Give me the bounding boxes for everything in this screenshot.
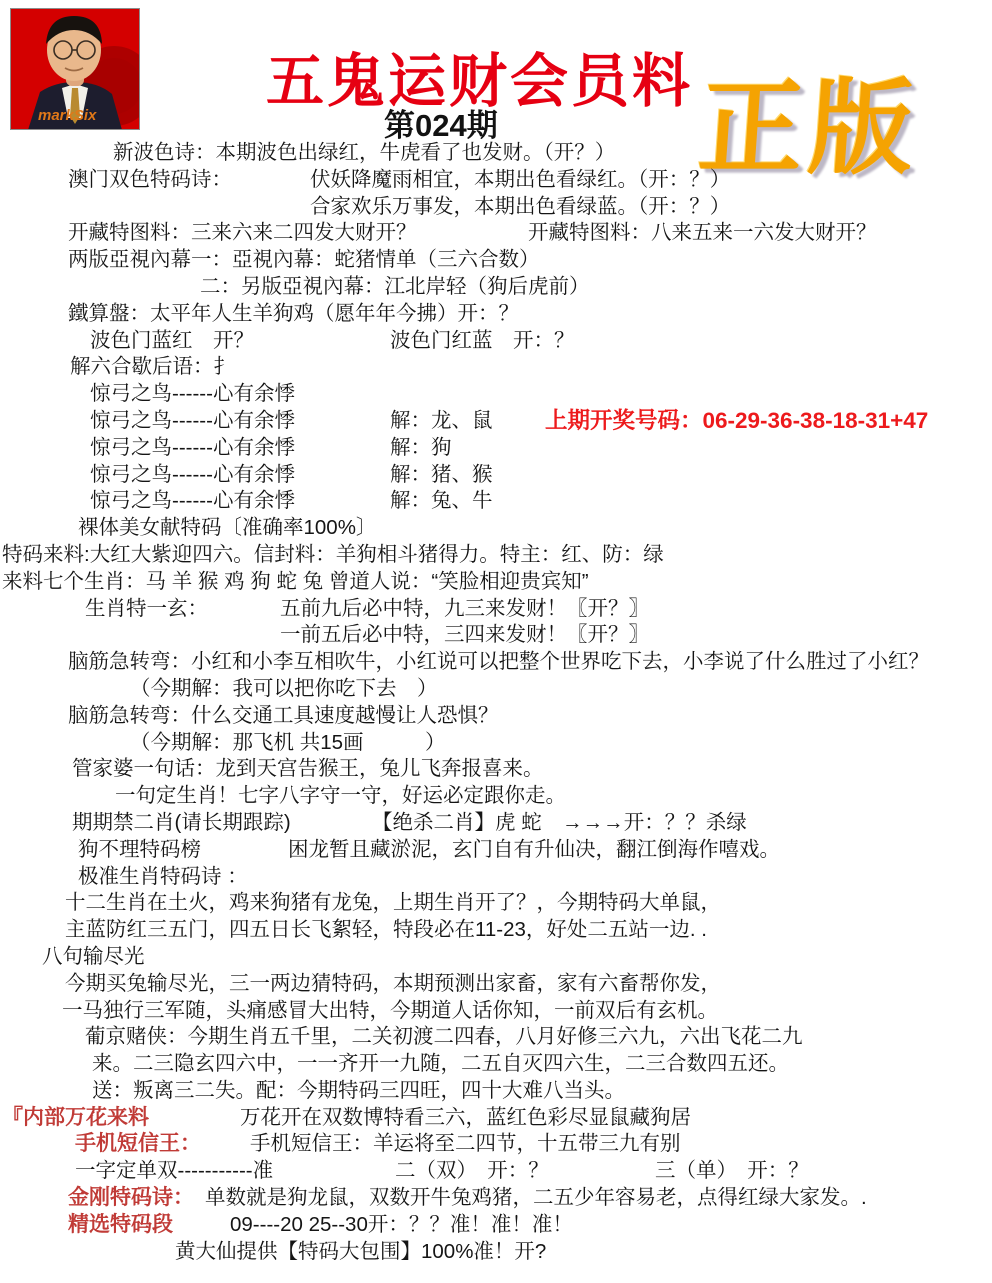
text-segment: 一马独行三军随，头痛感冒大出特，今期道人话你知，一前双后有玄机。 bbox=[62, 998, 718, 1025]
text-segment: 八句输尽光 bbox=[42, 944, 145, 971]
text-line: 一前五后必中特，三四来发财！〖开？〗 bbox=[0, 622, 992, 649]
text-segment: 来料七个生肖：马 羊 猴 鸡 狗 蛇 兔 曾道人说：“笑脸相迎贵宾知” bbox=[2, 569, 589, 596]
text-line: 送：叛离三二失。配：今期特码三四旺，四十大难八当头。 bbox=[0, 1078, 992, 1105]
text-line: 八句输尽光 bbox=[0, 944, 992, 971]
text-segment: 一前五后必中特，三四来发财！〖开？〗 bbox=[280, 622, 649, 649]
text-line: 生肖特一玄：五前九后必中特，九三来发财！〖开？〗 bbox=[0, 596, 992, 623]
text-line: 合家欢乐万事发，本期出色看绿蓝。（开：？） bbox=[0, 194, 992, 221]
text-segment: （今期解：我可以把你吃下去 ） bbox=[130, 676, 438, 703]
text-line: 波色门蓝红 开？波色门红蓝 开：？ bbox=[0, 328, 992, 355]
text-segment: 生肖特一玄： bbox=[85, 596, 208, 623]
text-line: 惊弓之鸟------心有余悸解：猪、猴 bbox=[0, 462, 992, 489]
text-segment: 脑筋急转弯：小红和小李互相吹牛，小红说可以把整个世界吃下去，小李说了什么胜过了小… bbox=[68, 649, 929, 676]
text-line: 惊弓之鸟------心有余悸 bbox=[0, 381, 992, 408]
text-line: 一字定单双-----------准二（双） 开：？三（单） 开：？ bbox=[0, 1158, 992, 1185]
text-segment: 单数就是狗龙鼠，双数开牛兔鸡猪，二五少年容易老，点得红绿大家发。. bbox=[205, 1185, 867, 1212]
portrait-photo: markSix bbox=[10, 8, 140, 130]
text-segment: 管家婆一句话：龙到天宫告猴王，兔儿飞奔报喜来。 bbox=[72, 756, 544, 783]
text-segment: 波色门蓝红 开？ bbox=[90, 328, 254, 355]
page: markSix 五鬼运财会员料 第024期 正版 新波色诗：本期波色出绿红，牛虎… bbox=[0, 0, 992, 1283]
text-segment: 合家欢乐万事发，本期出色看绿蓝。（开：？） bbox=[310, 194, 730, 221]
text-segment: 伏妖降魔雨相宜，本期出色看绿红。（开：？） bbox=[310, 167, 730, 194]
text-segment: 解：龙、鼠 bbox=[390, 408, 493, 435]
photo-caption-text: markSix bbox=[38, 107, 97, 124]
text-segment: 特码来料:大红大紫迎四六。信封料：羊狗相斗猪得力。特主：红、防：绿 bbox=[2, 542, 664, 569]
red-label: 手机短信王： bbox=[75, 1131, 201, 1158]
text-segment: 五前九后必中特，九三来发财！〖开？〗 bbox=[280, 596, 649, 623]
text-line: 金刚特码诗：单数就是狗龙鼠，双数开牛兔鸡猪，二五少年容易老，点得红绿大家发。. bbox=[0, 1185, 992, 1212]
text-segment: 惊弓之鸟------心有余悸 bbox=[90, 381, 295, 408]
text-line: （今期解：那飞机 共15画 ） bbox=[0, 730, 992, 757]
text-segment: 极准生肖特码诗 ： bbox=[78, 864, 248, 891]
text-segment: 解：狗 bbox=[390, 435, 452, 462]
text-segment: 葡京赌侠：今期生肖五千里，二关初渡二四春，八月好修三六九，六出飞花二九 bbox=[85, 1024, 803, 1051]
text-segment: 波色门红蓝 开：？ bbox=[390, 328, 575, 355]
text-segment: 两版亞視內幕一：亞視內幕：蛇猪情单（三六合数） bbox=[68, 247, 540, 274]
text-line: 一马独行三军随，头痛感冒大出特，今期道人话你知，一前双后有玄机。 bbox=[0, 998, 992, 1025]
text-segment: 二：另版亞視內幕：江北岸轻（狗后虎前） bbox=[200, 274, 590, 301]
text-segment: 惊弓之鸟------心有余悸 bbox=[90, 435, 295, 462]
text-segment: 【绝杀二肖】虎 蛇 →→→开：？？杀绿 bbox=[372, 810, 747, 837]
text-segment: 万花开在双数博特看三六，蓝红色彩尽显鼠藏狗居 bbox=[240, 1105, 691, 1132]
text-segment: 惊弓之鸟------心有余悸 bbox=[90, 462, 295, 489]
text-segment: 解六合歇后语：扌 bbox=[70, 354, 234, 381]
text-segment: （今期解：那飞机 共15画 ） bbox=[130, 730, 446, 757]
text-segment: 今期买兔输尽光，三一两边猜特码，本期预测出家畜，家有六畜帮你发， bbox=[65, 971, 721, 998]
text-line: 一句定生肖！七字八字守一守，好运必定跟你走。 bbox=[0, 783, 992, 810]
text-line: （今期解：我可以把你吃下去 ） bbox=[0, 676, 992, 703]
text-line: 『内部万花来料万花开在双数博特看三六，蓝红色彩尽显鼠藏狗居 bbox=[0, 1105, 992, 1132]
text-segment: 十二生肖在土火，鸡来狗猪有龙兔，上期生肖开了？，今期特码大单鼠， bbox=[65, 890, 721, 917]
red-label: 精选特码段 bbox=[68, 1212, 173, 1239]
text-line: 鐵算盤：太平年人生羊狗鸡（愿年年今拂）开：？ bbox=[0, 301, 992, 328]
text-segment: 来。二三隐玄四六中，一一齐开一九随，二五自灭四六生，二三合数四五还。 bbox=[92, 1051, 789, 1078]
text-line: 手机短信王：手机短信王：羊运将至二四节，十五带三九有别 bbox=[0, 1131, 992, 1158]
text-segment: 脑筋急转弯：什么交通工具速度越慢让人恐惧？ bbox=[68, 703, 499, 730]
text-line: 惊弓之鸟------心有余悸解：狗 bbox=[0, 435, 992, 462]
text-line: 来料七个生肖：马 羊 猴 鸡 狗 蛇 兔 曾道人说：“笑脸相迎贵宾知” bbox=[0, 569, 992, 596]
text-line: 今期买兔输尽光，三一两边猜特码，本期预测出家畜，家有六畜帮你发， bbox=[0, 971, 992, 998]
text-line: 特码来料:大红大紫迎四六。信封料：羊狗相斗猪得力。特主：红、防：绿 bbox=[0, 542, 992, 569]
text-line: 葡京赌侠：今期生肖五千里，二关初渡二四春，八月好修三六九，六出飞花二九 bbox=[0, 1024, 992, 1051]
red-label: 『内部万花来料 bbox=[2, 1105, 149, 1132]
text-line: 黄大仙提供【特码大包围】100%准！开? bbox=[0, 1239, 992, 1266]
text-segment: 裸体美女献特码〔准确率100%〕 bbox=[78, 515, 376, 542]
text-segment: 狗不理特码榜 bbox=[78, 837, 201, 864]
text-segment: 新波色诗：本期波色出绿红，牛虎看了也发财。（开？） bbox=[113, 140, 615, 167]
text-segment: 09----20 25--30开：？？准！准！准！ bbox=[230, 1212, 573, 1239]
text-line: 惊弓之鸟------心有余悸解：龙、鼠上期开奖号码：06-29-36-38-18… bbox=[0, 408, 992, 435]
text-line: 十二生肖在土火，鸡来狗猪有龙兔，上期生肖开了？，今期特码大单鼠， bbox=[0, 890, 992, 917]
text-segment: 惊弓之鸟------心有余悸 bbox=[90, 488, 295, 515]
text-line: 二：另版亞視內幕：江北岸轻（狗后虎前） bbox=[0, 274, 992, 301]
text-line: 脑筋急转弯：什么交通工具速度越慢让人恐惧？ bbox=[0, 703, 992, 730]
text-line: 澳门双色特码诗：伏妖降魔雨相宜，本期出色看绿红。（开：？） bbox=[0, 167, 992, 194]
red-label: 金刚特码诗： bbox=[68, 1185, 194, 1212]
content-lines: 新波色诗：本期波色出绿红，牛虎看了也发财。（开？）澳门双色特码诗：伏妖降魔雨相宜… bbox=[0, 140, 992, 1265]
text-segment: 鐵算盤：太平年人生羊狗鸡（愿年年今拂）开：？ bbox=[68, 301, 519, 328]
text-line: 新波色诗：本期波色出绿红，牛虎看了也发财。（开？） bbox=[0, 140, 992, 167]
text-line: 裸体美女献特码〔准确率100%〕 bbox=[0, 515, 992, 542]
text-line: 惊弓之鸟------心有余悸解：兔、牛 bbox=[0, 488, 992, 515]
text-line: 极准生肖特码诗 ： bbox=[0, 864, 992, 891]
text-segment: 开藏特图料：八来五来一六发大财开？ bbox=[528, 220, 877, 247]
text-line: 脑筋急转弯：小红和小李互相吹牛，小红说可以把整个世界吃下去，小李说了什么胜过了小… bbox=[0, 649, 992, 676]
text-segment: 解：猪、猴 bbox=[390, 462, 493, 489]
text-segment: 黄大仙提供【特码大包围】100%准！开? bbox=[175, 1239, 546, 1266]
text-segment: 手机短信王：羊运将至二四节，十五带三九有别 bbox=[250, 1131, 681, 1158]
text-line: 管家婆一句话：龙到天宫告猴王，兔儿飞奔报喜来。 bbox=[0, 756, 992, 783]
text-segment: 送：叛离三二失。配：今期特码三四旺，四十大难八当头。 bbox=[92, 1078, 625, 1105]
text-segment: 一句定生肖！七字八字守一守，好运必定跟你走。 bbox=[115, 783, 566, 810]
text-segment: 二（双） 开：？ bbox=[395, 1158, 549, 1185]
text-segment: 三（单） 开：？ bbox=[655, 1158, 809, 1185]
issue-number: 第024期 bbox=[384, 100, 498, 145]
text-line: 两版亞視內幕一：亞視內幕：蛇猪情单（三六合数） bbox=[0, 247, 992, 274]
text-segment: 惊弓之鸟------心有余悸 bbox=[90, 408, 295, 435]
text-segment: 期期禁二肖(请长期跟踪) bbox=[72, 810, 291, 837]
text-segment: 困龙暂且藏淤泥，玄门自有升仙决，翻江倒海作嘻戏。 bbox=[288, 837, 780, 864]
text-segment: 解：兔、牛 bbox=[390, 488, 493, 515]
text-segment: 澳门双色特码诗： bbox=[68, 167, 232, 194]
text-segment: 开藏特图料：三来六来二四发大财开？ bbox=[68, 220, 417, 247]
last-draw-number: 上期开奖号码：06-29-36-38-18-31+47 bbox=[545, 408, 928, 433]
text-line: 开藏特图料：三来六来二四发大财开？开藏特图料：八来五来一六发大财开？ bbox=[0, 220, 992, 247]
text-line: 期期禁二肖(请长期跟踪)【绝杀二肖】虎 蛇 →→→开：？？杀绿 bbox=[0, 810, 992, 837]
text-line: 解六合歇后语：扌 bbox=[0, 354, 992, 381]
text-line: 主蓝防红三五门，四五日长飞絮轻，特段必在11-23，好处二五站一边. . bbox=[0, 917, 992, 944]
text-line: 精选特码段09----20 25--30开：？？准！准！准！ bbox=[0, 1212, 992, 1239]
text-segment: 主蓝防红三五门，四五日长飞絮轻，特段必在11-23，好处二五站一边. . bbox=[65, 917, 707, 944]
text-segment: 一字定单双-----------准 bbox=[75, 1158, 273, 1185]
text-line: 狗不理特码榜困龙暂且藏淤泥，玄门自有升仙决，翻江倒海作嘻戏。 bbox=[0, 837, 992, 864]
text-line: 来。二三隐玄四六中，一一齐开一九随，二五自灭四六生，二三合数四五还。 bbox=[0, 1051, 992, 1078]
